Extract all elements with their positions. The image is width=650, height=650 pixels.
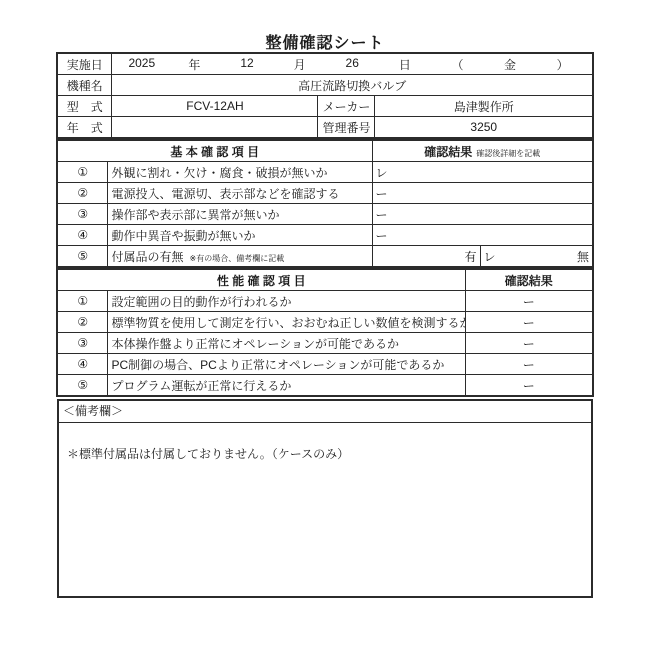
date-day: 26 xyxy=(326,56,379,73)
page-title: 整備確認シート xyxy=(0,0,650,52)
basic-result-header-text: 確認結果 xyxy=(424,145,472,159)
model-value: 高圧流路切換バルブ xyxy=(112,75,593,96)
date-weekday: 金 xyxy=(484,56,537,73)
info-row-date: 実施日 2025 年 12 月 26 日 （ 金 ） xyxy=(57,53,593,75)
basic-check-table: 基 本 確 認 項 目 確認結果確認後詳細を記載 ① 外観に割れ・欠け・腐食・破… xyxy=(56,139,594,268)
basic-row-2: ② 電源投入、電源切、表示部などを確認する ー xyxy=(57,183,593,204)
info-table: 実施日 2025 年 12 月 26 日 （ 金 ） 機種名 高圧流路切換バルブ xyxy=(56,52,594,139)
perf-row-3-text: 本体操作盤より正常にオペレーションが可能であるか xyxy=(108,333,465,354)
basic-row-5-option-no-cell: レ 無 xyxy=(480,246,593,268)
basic-row-3-result: ー xyxy=(372,204,593,225)
basic-row-1-text: 外観に割れ・欠け・腐食・破損が無いか xyxy=(108,162,372,183)
remarks-box: ＜備考欄＞ ＊標準付属品は付属しておりません。（ケースのみ） xyxy=(57,399,593,598)
date-year: 2025 xyxy=(115,56,168,73)
basic-row-5: ⑤ 付属品の有無※有の場合、備考欄に記載 有 レ 無 xyxy=(57,246,593,268)
type-label: 型 式 xyxy=(57,96,112,117)
perf-row-2-result: ー xyxy=(465,312,593,333)
basic-row-4-num: ④ xyxy=(57,225,108,246)
info-row-type: 型 式 FCV-12AH メーカー 島津製作所 xyxy=(57,96,593,117)
date-day-unit: 日 xyxy=(379,56,432,73)
type-value: FCV-12AH xyxy=(112,96,318,117)
perf-row-5: ⑤ プログラム運転が正常に行えるか ー xyxy=(57,375,593,397)
perf-row-1-num: ① xyxy=(57,291,108,312)
perf-row-4-result: ー xyxy=(465,354,593,375)
year-label: 年 式 xyxy=(57,117,112,139)
basic-row-5-option-yes: 有 xyxy=(372,246,480,268)
perf-row-3-result: ー xyxy=(465,333,593,354)
date-paren-close: ） xyxy=(536,56,589,73)
basic-row-5-text-main: 付属品の有無 xyxy=(111,250,183,264)
perf-row-4-text: PC制御の場合、PCより正常にオペレーションが可能であるか xyxy=(108,354,465,375)
maker-label: メーカー xyxy=(318,96,375,117)
date-month-unit: 月 xyxy=(273,56,326,73)
perf-header-row: 性 能 確 認 項 目 確認結果 xyxy=(57,269,593,291)
maintenance-check-sheet: 整備確認シート 実施日 2025 年 12 月 26 日 （ 金 ） xyxy=(0,0,650,650)
perf-row-4: ④ PC制御の場合、PCより正常にオペレーションが可能であるか ー xyxy=(57,354,593,375)
mgmt-value: 3250 xyxy=(375,117,593,139)
basic-header-row: 基 本 確 認 項 目 確認結果確認後詳細を記載 xyxy=(57,140,593,162)
basic-row-3: ③ 操作部や表示部に異常が無いか ー xyxy=(57,204,593,225)
date-parts: 2025 年 12 月 26 日 （ 金 ） xyxy=(115,56,589,73)
perf-row-5-text: プログラム運転が正常に行えるか xyxy=(108,375,465,397)
year-value xyxy=(112,117,318,139)
basic-row-5-text: 付属品の有無※有の場合、備考欄に記載 xyxy=(108,246,372,268)
perf-row-1-text: 設定範囲の目的動作が行われるか xyxy=(108,291,465,312)
date-label: 実施日 xyxy=(57,53,112,75)
basic-row-2-result: ー xyxy=(372,183,593,204)
perf-row-4-num: ④ xyxy=(57,354,108,375)
perf-row-2: ② 標準物質を使用して測定を行い、おおむね正しい数値を検測するか ー xyxy=(57,312,593,333)
perf-row-3-num: ③ xyxy=(57,333,108,354)
basic-row-5-check-group: レ 無 xyxy=(484,248,590,265)
basic-row-2-text: 電源投入、電源切、表示部などを確認する xyxy=(108,183,372,204)
maker-value: 島津製作所 xyxy=(375,96,593,117)
perf-result-header: 確認結果 xyxy=(465,269,593,291)
basic-row-5-num: ⑤ xyxy=(57,246,108,268)
perf-row-2-num: ② xyxy=(57,312,108,333)
basic-header-title: 基 本 確 認 項 目 xyxy=(57,140,372,162)
basic-row-1: ① 外観に割れ・欠け・腐食・破損が無いか レ xyxy=(57,162,593,183)
basic-result-header-note: 確認後詳細を記載 xyxy=(476,149,540,158)
date-paren-open: （ xyxy=(431,56,484,73)
basic-row-3-num: ③ xyxy=(57,204,108,225)
perf-row-2-text: 標準物質を使用して測定を行い、おおむね正しい数値を検測するか xyxy=(108,312,465,333)
basic-row-5-text-note: ※有の場合、備考欄に記載 xyxy=(190,254,285,263)
info-row-year: 年 式 管理番号 3250 xyxy=(57,117,593,139)
perf-row-5-result: ー xyxy=(465,375,593,397)
basic-row-4-text: 動作中異音や振動が無いか xyxy=(108,225,372,246)
perf-row-5-num: ⑤ xyxy=(57,375,108,397)
basic-result-header: 確認結果確認後詳細を記載 xyxy=(372,140,593,162)
date-year-unit: 年 xyxy=(168,56,221,73)
basic-row-1-num: ① xyxy=(57,162,108,183)
basic-row-1-result: レ xyxy=(372,162,593,183)
basic-row-2-num: ② xyxy=(57,183,108,204)
remarks-note: ＊標準付属品は付属しておりません。（ケースのみ） xyxy=(67,445,591,462)
remarks-body: ＊標準付属品は付属しておりません。（ケースのみ） xyxy=(59,423,591,462)
mgmt-label: 管理番号 xyxy=(318,117,375,139)
basic-row-5-checkmark: レ xyxy=(484,248,496,265)
remarks-label: ＜備考欄＞ xyxy=(59,401,591,423)
basic-row-4-result: ー xyxy=(372,225,593,246)
perf-header-title: 性 能 確 認 項 目 xyxy=(57,269,465,291)
perf-row-1-result: ー xyxy=(465,291,593,312)
perf-row-3: ③ 本体操作盤より正常にオペレーションが可能であるか ー xyxy=(57,333,593,354)
basic-row-5-option-no: 無 xyxy=(577,248,589,265)
performance-check-table: 性 能 確 認 項 目 確認結果 ① 設定範囲の目的動作が行われるか ー ② 標… xyxy=(56,268,594,397)
model-label: 機種名 xyxy=(57,75,112,96)
info-row-model: 機種名 高圧流路切換バルブ xyxy=(57,75,593,96)
perf-row-1: ① 設定範囲の目的動作が行われるか ー xyxy=(57,291,593,312)
basic-row-3-text: 操作部や表示部に異常が無いか xyxy=(108,204,372,225)
date-month: 12 xyxy=(221,56,274,73)
date-value-cell: 2025 年 12 月 26 日 （ 金 ） xyxy=(112,53,593,75)
basic-row-4: ④ 動作中異音や振動が無いか ー xyxy=(57,225,593,246)
